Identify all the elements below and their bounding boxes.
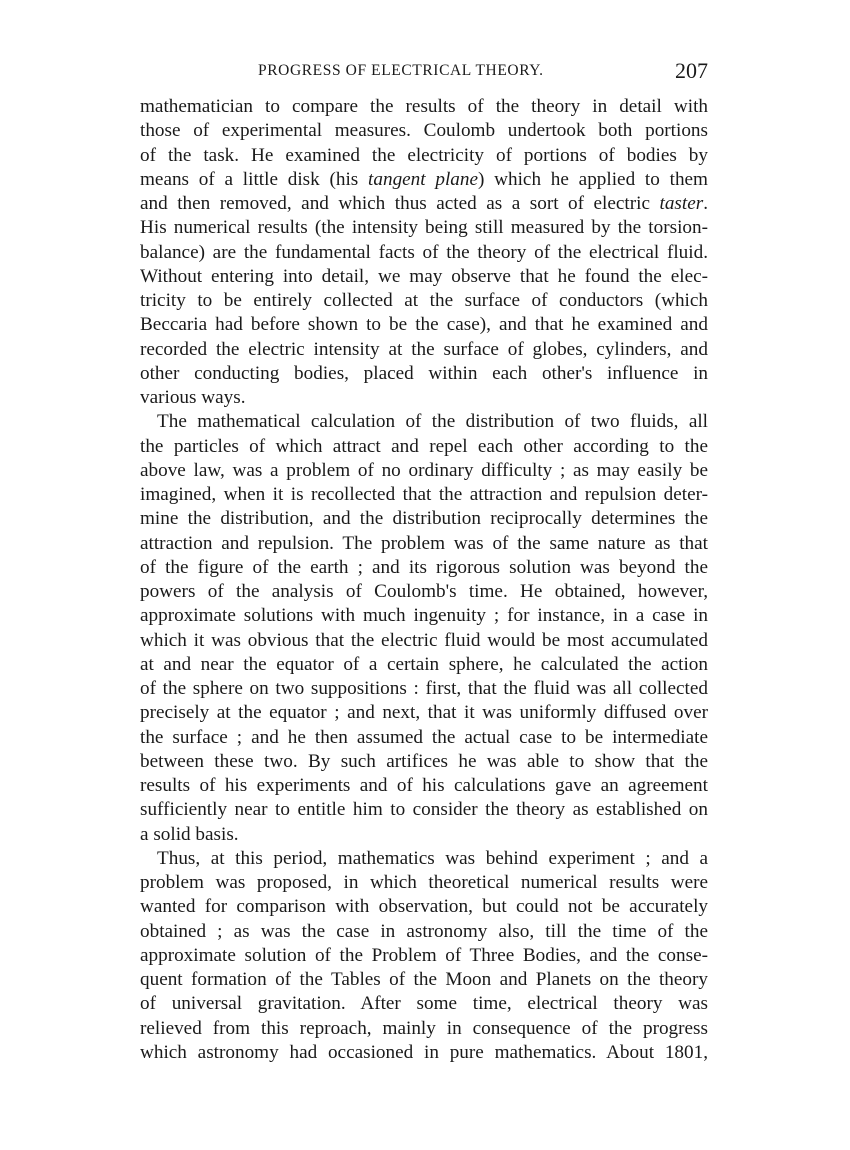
text-line: of the sphere on two suppositions : firs… [140, 677, 708, 701]
text-line: approximate solution of the Problem of T… [140, 944, 708, 968]
italic-term: taster [659, 193, 703, 214]
text-line: wanted for comparison with observation, … [140, 895, 708, 919]
running-title: PROGRESS OF ELECTRICAL THEORY. [258, 62, 544, 80]
text-line: various ways. [140, 386, 708, 410]
text-line: Thus, at this period, mathematics was be… [140, 847, 708, 871]
text-line: His numerical results (the intensity bei… [140, 216, 708, 240]
text-line: balance) are the fundamental facts of th… [140, 241, 708, 265]
text-line: above law, was a problem of no ordinary … [140, 459, 708, 483]
text-line: those of experimental measures. Coulomb … [140, 119, 708, 143]
text-line: Without entering into detail, we may obs… [140, 265, 708, 289]
text-line: The mathematical calculation of the dist… [140, 410, 708, 434]
running-head: PROGRESS OF ELECTRICAL THEORY. 207 [140, 58, 708, 88]
text-line: attraction and repulsion. The problem wa… [140, 532, 708, 556]
text-line: imagined, when it is recollected that th… [140, 483, 708, 507]
paragraph: mathematician to compare the results of … [140, 95, 708, 410]
text-line: means of a little disk (his tangent plan… [140, 168, 708, 192]
text-line: problem was proposed, in which theoretic… [140, 871, 708, 895]
text-line: Beccaria had before shown to be the case… [140, 313, 708, 337]
text-line: between these two. By such artifices he … [140, 750, 708, 774]
book-page: PROGRESS OF ELECTRICAL THEORY. 207 mathe… [140, 58, 708, 1065]
text-line: and then removed, and which thus acted a… [140, 192, 708, 216]
paragraph: The mathematical calculation of the dist… [140, 410, 708, 847]
text-line: approximate solutions with much ingenuit… [140, 604, 708, 628]
text-line: mine the distribution, and the distribut… [140, 507, 708, 531]
text-line: quent formation of the Tables of the Moo… [140, 968, 708, 992]
text-line: a solid basis. [140, 823, 708, 847]
body-text: mathematician to compare the results of … [140, 95, 708, 1065]
text-line: sufficiently near to entitle him to cons… [140, 798, 708, 822]
text-line: powers of the analysis of Coulomb's time… [140, 580, 708, 604]
text-line: the surface ; and he then assumed the ac… [140, 726, 708, 750]
text-line: of the task. He examined the electricity… [140, 144, 708, 168]
paragraph: Thus, at this period, mathematics was be… [140, 847, 708, 1065]
text-line: results of his experiments and of his ca… [140, 774, 708, 798]
text-line: mathematician to compare the results of … [140, 95, 708, 119]
text-line: precisely at the equator ; and next, tha… [140, 701, 708, 725]
text-line: the particles of which attract and repel… [140, 435, 708, 459]
page-number: 207 [675, 58, 708, 84]
text-line: which astronomy had occasioned in pure m… [140, 1041, 708, 1065]
text-line: tricity to be entirely collected at the … [140, 289, 708, 313]
text-line: recorded the electric intensity at the s… [140, 338, 708, 362]
text-line: of universal gravitation. After some tim… [140, 992, 708, 1016]
text-line: at and near the equator of a certain sph… [140, 653, 708, 677]
text-line: other conducting bodies, placed within e… [140, 362, 708, 386]
italic-term: tangent plane [368, 169, 478, 190]
text-line: which it was obvious that the electric f… [140, 629, 708, 653]
text-line: relieved from this reproach, mainly in c… [140, 1017, 708, 1041]
text-line: obtained ; as was the case in astronomy … [140, 920, 708, 944]
text-line: of the figure of the earth ; and its rig… [140, 556, 708, 580]
